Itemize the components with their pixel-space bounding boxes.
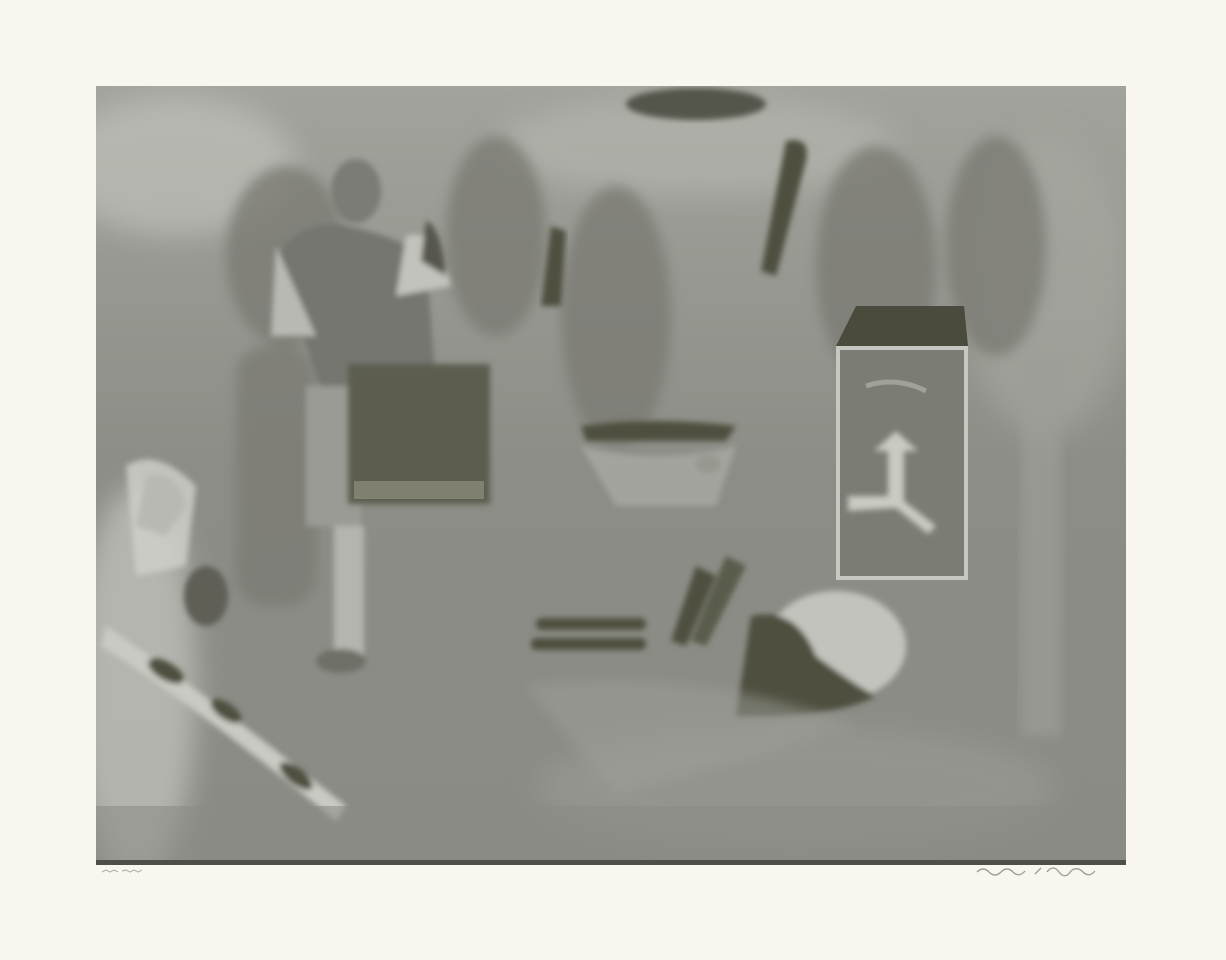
photographic-print bbox=[96, 86, 1126, 865]
paper-sheet bbox=[0, 0, 1226, 960]
artist-signature-pencil bbox=[975, 862, 1105, 878]
edition-number-pencil-mark bbox=[100, 866, 148, 878]
print-image bbox=[96, 86, 1126, 860]
